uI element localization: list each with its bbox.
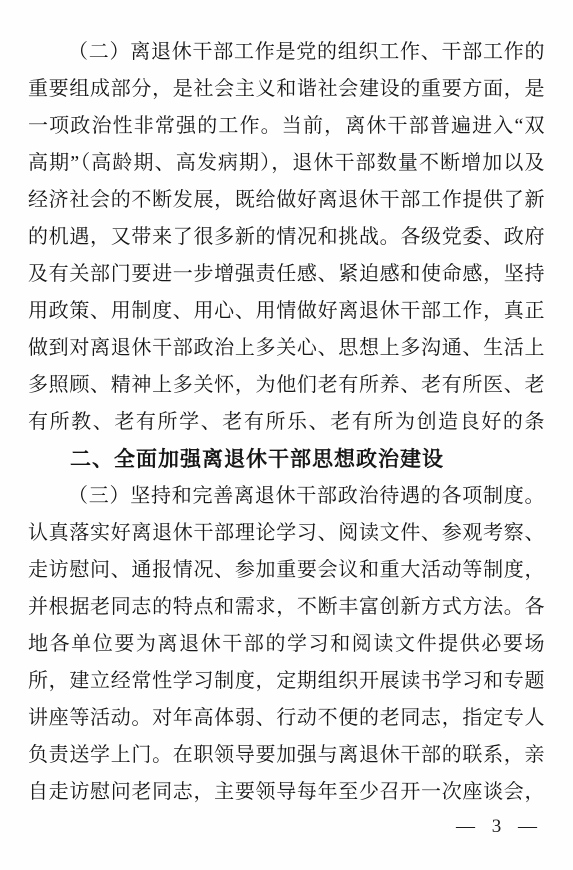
text-line: 有所教、老有所学、老有所乐、老有所为创造良好的条件。 xyxy=(28,404,545,441)
text-line: 地各单位要为离退休干部的学习和阅读文件提供必要场 xyxy=(28,626,545,663)
text-line: 自走访慰问老同志，主要领导每年至少召开一次座谈会， xyxy=(28,774,545,811)
document-body: （二）离退休干部工作是党的组织工作、干部工作的 重要组成部分，是社会主义和谐社会… xyxy=(28,34,545,811)
section-heading: 二、全面加强离退休干部思想政治建设 xyxy=(28,441,545,478)
document-page: （二）离退休干部工作是党的组织工作、干部工作的 重要组成部分，是社会主义和谐社会… xyxy=(0,0,573,870)
text-line: 所，建立经常性学习制度，定期组织开展读书学习和专题 xyxy=(28,663,545,700)
text-line: 负责送学上门。在职领导要加强与离退休干部的联系，亲 xyxy=(28,737,545,774)
text-line: 经济社会的不断发展，既给做好离退休干部工作提供了新 xyxy=(28,182,545,219)
text-line: 及有关部门要进一步增强责任感、紧迫感和使命感，坚持 xyxy=(28,256,545,293)
text-line: 并根据老同志的特点和需求，不断丰富创新方式方法。各 xyxy=(28,589,545,626)
text-line: 走访慰问、通报情况、参加重要会议和重大活动等制度， xyxy=(28,552,545,589)
text-line: 做到对离退休干部政治上多关心、思想上多沟通、生活上 xyxy=(28,330,545,367)
text-line: （三）坚持和完善离退休干部政治待遇的各项制度。 xyxy=(28,478,545,515)
text-line: 认真落实好离退休干部理论学习、阅读文件、参观考察、 xyxy=(28,515,545,552)
text-line: 多照顾、精神上多关怀，为他们老有所养、老有所医、老 xyxy=(28,367,545,404)
text-line: 一项政治性非常强的工作。当前，离休干部普遍进入“双 xyxy=(28,108,545,145)
text-line: 用政策、用制度、用心、用情做好离退休干部工作，真正 xyxy=(28,293,545,330)
paragraph-2: （二）离退休干部工作是党的组织工作、干部工作的 重要组成部分，是社会主义和谐社会… xyxy=(28,34,545,441)
text-line: 高期”（高龄期、高发病期），退休干部数量不断增加以及 xyxy=(28,145,545,182)
text-line: 的机遇，又带来了很多新的情况和挑战。各级党委、政府 xyxy=(28,219,545,256)
text-line: 重要组成部分，是社会主义和谐社会建设的重要方面，是 xyxy=(28,71,545,108)
text-line: （二）离退休干部工作是党的组织工作、干部工作的 xyxy=(28,34,545,71)
paragraph-3: （三）坚持和完善离退休干部政治待遇的各项制度。 认真落实好离退休干部理论学习、阅… xyxy=(28,478,545,811)
page-number: — 3 — xyxy=(456,816,543,838)
text-line: 讲座等活动。对年高体弱、行动不便的老同志，指定专人 xyxy=(28,700,545,737)
